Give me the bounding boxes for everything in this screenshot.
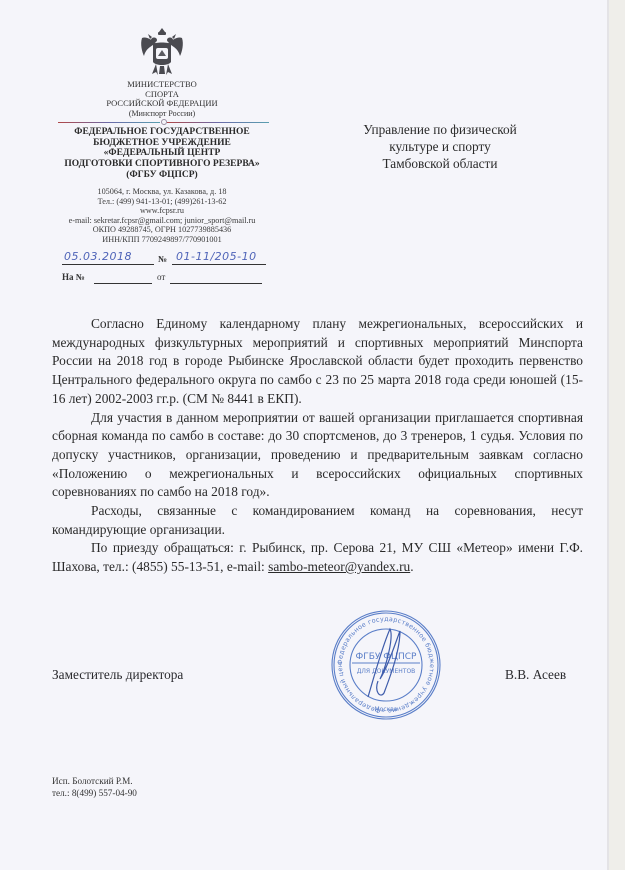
org-abbreviation: (ФГБУ ФЦПСР) [52,170,272,181]
stamp-city: Москва [375,706,398,713]
addressee-line: Управление по физической [340,121,540,138]
executor-info: Исп. Болотский Р.М. тел.: 8(499) 557-04-… [52,775,137,799]
paper-edge-shadow [607,0,609,870]
reply-date-label: от [157,272,165,282]
addressee-line: культуре и спорту [340,138,540,155]
letterhead-divider-left [58,122,160,123]
emails: e-mail: sekretar.fcpsr@gmail.com; junior… [40,216,284,226]
reply-number-label: На № [62,272,85,282]
outgoing-date: 05.03.2018 [64,250,132,263]
official-stamp-icon: Федеральное государственное бюджетное уч… [330,607,442,723]
organization-name: ФЕДЕРАЛЬНОЕ ГОСУДАРСТВЕННОЕ БЮДЖЕТНОЕ УЧ… [52,127,272,181]
org-line: ПОДГОТОВКИ СПОРТИВНОГО РЕЗЕРВА» [52,159,272,170]
double-headed-eagle-icon [138,26,186,78]
addressee: Управление по физической культуре и спор… [340,121,540,172]
paper-edge [607,0,625,870]
addressee-line: Тамбовской области [340,155,540,172]
ministry-line: РОССИЙСКОЙ ФЕДЕРАЦИИ [52,99,272,109]
signer-name: В.В. Асеев [505,667,566,683]
okpo-ogrn: ОКПО 49288745, ОГРН 1027739885436 [40,225,284,235]
org-line: ФЕДЕРАЛЬНОЕ ГОСУДАРСТВЕННОЕ [52,127,272,138]
stamp-center-bottom: ДЛЯ ДОКУМЕНТОВ [357,668,416,675]
address: 105064, г. Москва, ул. Казакова, д. 18 [40,187,284,197]
paragraph-contact: По приезду обращаться: г. Рыбинск, пр. С… [52,539,583,576]
number-label: № [158,254,167,264]
date-underline [62,264,154,265]
organization-contacts: 105064, г. Москва, ул. Казакова, д. 18 Т… [40,187,284,245]
reply-date-field [170,283,262,284]
paragraph-expenses: Расходы, связанные с командированием ком… [52,502,583,539]
org-line: «ФЕДЕРАЛЬНЫЙ ЦЕНТР [52,148,272,159]
paragraph-team-composition: Для участия в данном мероприятии от ваше… [52,409,583,503]
letter-body: Согласно Единому календарному плану межр… [52,315,583,577]
outgoing-number: 01-11/205-10 [176,250,257,263]
executor-phone: тел.: 8(499) 557-04-90 [52,787,137,799]
ministry-name: МИНИСТЕРСТВО СПОРТА РОССИЙСКОЙ ФЕДЕРАЦИИ… [52,80,272,118]
website: www.fcpsr.ru [40,206,284,216]
reply-number-field [94,283,152,284]
number-underline [172,264,266,265]
ministry-short-name: (Минспорт России) [52,109,272,119]
contact-email-link[interactable]: sambo-meteor@yandex.ru [268,559,410,574]
phones: Тел.: (499) 941-13-01; (499)261-13-62 [40,197,284,207]
executor-name: Исп. Болотский Р.М. [52,775,137,787]
org-line: БЮДЖЕТНОЕ УЧРЕЖДЕНИЕ [52,138,272,149]
contact-period: . [410,559,413,574]
paragraph-invitation: Согласно Единому календарному плану межр… [52,315,583,409]
inn-kpp: ИНН/КПП 7709249897/770901001 [40,235,284,245]
letterhead-divider-right [167,122,269,123]
signer-title: Заместитель директора [52,667,183,683]
